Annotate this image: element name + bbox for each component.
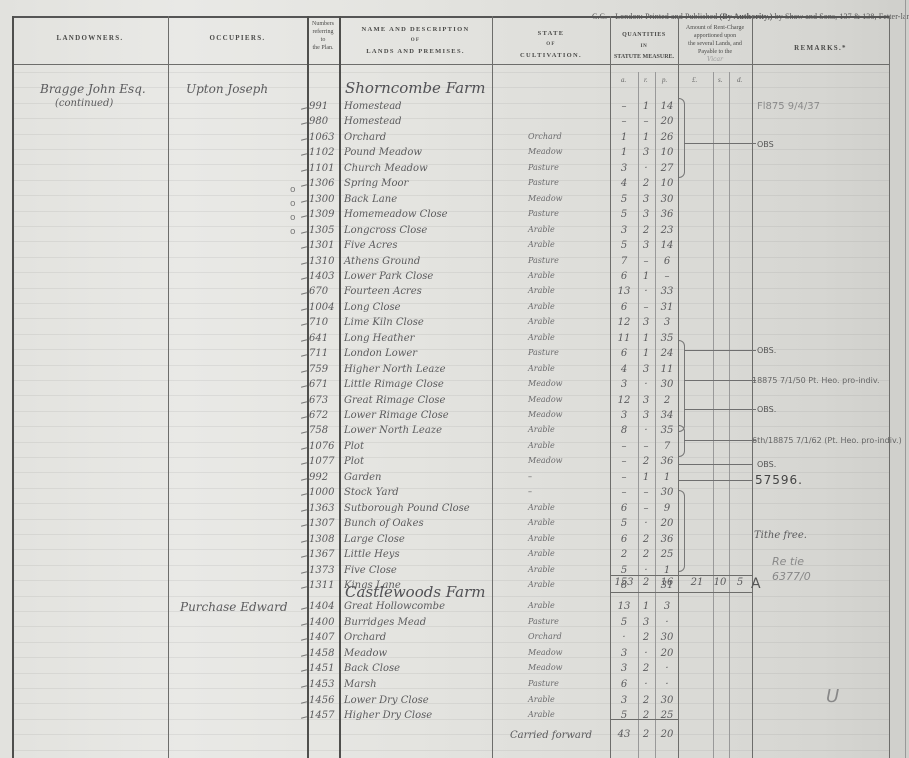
quantity-roods: 3 [637,410,655,421]
cultivation-state: Meadow [528,194,562,203]
cultivation-state: – [528,472,532,481]
header-line: to [307,36,339,44]
quantity-acres: – [613,116,635,127]
carried-rule [610,719,678,720]
quantity-roods: 3 [637,395,655,406]
plan-number: 992 [309,472,328,483]
plan-number: 1308 [309,534,334,545]
cultivation-state: Meadow [528,663,562,672]
plan-number: 641 [309,333,328,344]
obs-label: OBS. [757,405,776,414]
land-name: Plot [344,456,364,467]
quantity-roods: 1 [637,101,655,112]
subtotal-rule-bottom [610,592,752,593]
unit-perches: p. [662,76,667,84]
quantity-perches: 3 [656,601,678,612]
quantity-perches: 20 [656,518,678,529]
header-quantities: QUANTITIES IN STATUTE MEASURE. [610,30,678,63]
cultivation-state: Pasture [528,348,559,357]
quantity-roods: 1 [637,333,655,344]
header-line: Payable to the [678,48,752,56]
cultivation-state: Meadow [528,410,562,419]
number-stamp: 57596. [755,473,803,487]
land-name: Stock Yard [344,487,399,498]
quantity-perches: 6 [656,256,678,267]
circle-mark-icon: o [290,199,296,209]
quantity-acres: 4 [613,364,635,375]
quantity-roods: 1 [637,132,655,143]
quantity-roods: 3 [637,240,655,251]
plan-number: 1404 [309,601,334,612]
land-name: Burridges Mead [344,617,426,628]
ruling-line [12,703,890,704]
land-name: Little Rimage Close [344,379,444,390]
ruling-line [12,211,890,212]
leader-line [684,143,756,144]
ruling-line [12,72,890,73]
quantity-perches: 30 [656,487,678,498]
quantity-perches: 30 [656,695,678,706]
land-name: Spring Moor [344,178,408,189]
quantity-roods: – [637,256,655,267]
quantity-roods: 3 [637,617,655,628]
quantity-perches: 10 [656,178,678,189]
land-name: Five Acres [344,240,398,251]
quantity-acres: 5 [613,565,635,576]
quantity-roods: 3 [637,209,655,220]
quantity-perches: 31 [656,302,678,313]
cultivation-state: Arable [528,271,555,280]
total-roods: 2 [637,577,655,588]
circle-mark-icon: o [290,185,296,195]
carried-roods: 2 [637,729,655,740]
plan-number: 673 [309,395,328,406]
farm-name: Castlewoods Farm [345,583,486,601]
quantity-acres: 3 [613,663,635,674]
pencil-note-3: Re tie [772,555,804,568]
quantity-roods: 1 [637,271,655,282]
quantity-acres: 6 [613,302,635,313]
carried-forward-label: Carried forward [510,730,592,741]
quantity-acres: 7 [613,256,635,267]
obs-label: OBS [757,140,774,149]
pencil-note-1: 18875 7/1/50 Pt. Heo. pro-indiv. [752,376,879,385]
quantity-perches: 1 [656,472,678,483]
plan-number: 1400 [309,617,334,628]
cultivation-state: Pasture [528,209,559,218]
land-name: Meadow [344,648,387,659]
ruling-line [12,488,890,489]
quantity-roods: 2 [637,549,655,560]
cultivation-state: Arable [528,286,555,295]
quantity-perches: 30 [656,632,678,643]
land-name: Sutborough Pound Close [344,503,470,514]
unit-pounds: £. [692,76,697,84]
quantity-roods: 1 [637,348,655,359]
pencil-note-top: Fl875 9/4/37 [757,101,820,112]
quantity-perches: 1 [656,565,678,576]
quantity-roods: – [637,487,655,498]
quantity-roods: – [637,116,655,127]
quantity-roods: 2 [637,663,655,674]
header-line: STATE [492,28,610,39]
ruling-line [12,318,890,319]
quantity-acres: 6 [613,271,635,282]
cultivation-state: Arable [528,695,555,704]
farm-name: Shorncombe Farm [345,79,485,97]
plan-number: 1101 [309,163,334,174]
obs-label: OBS. [757,460,776,469]
quantity-roods: 2 [637,178,655,189]
quantity-roods: · [637,648,655,659]
plan-number: 1305 [309,225,334,236]
land-name: Higher Dry Close [344,710,432,721]
cultivation-state: Arable [528,549,555,558]
quantity-acres: 6 [613,348,635,359]
page-edge [905,0,906,758]
quantity-acres: 4 [613,178,635,189]
land-name: Orchard [344,632,386,643]
plan-number: 1301 [309,240,334,251]
brace [679,340,685,432]
plan-number: 1306 [309,178,334,189]
quantity-perches: · [656,617,678,628]
quantity-perches: 10 [656,147,678,158]
leader-line [684,440,756,441]
quantity-perches: 27 [656,163,678,174]
quantity-acres: 3 [613,410,635,421]
plan-number: 991 [309,101,328,112]
header-remarks: REMARKS.* [752,43,889,54]
land-name: Long Close [344,302,401,313]
header-line: OF [339,35,492,46]
cultivation-state: Arable [528,302,555,311]
land-name: Large Close [344,534,405,545]
quantity-acres: 3 [613,648,635,659]
plan-number: 1373 [309,565,334,576]
header-line: QUANTITIES [610,30,678,41]
quantity-perches: 20 [656,648,678,659]
quantity-acres: 3 [613,695,635,706]
cultivation-state: Arable [528,580,555,589]
letter-a-mark: A [751,576,761,592]
quantity-acres: · [613,632,635,643]
plan-number: 1367 [309,549,334,560]
header-rent-charge: Amount of Rent-Charge apportioned upon t… [678,24,752,64]
cultivation-state: Pasture [528,178,559,187]
quantity-roods: 2 [637,534,655,545]
cultivation-state: Meadow [528,648,562,657]
brace [679,490,685,572]
landowner-note: (continued) [55,98,113,109]
cultivation-state: Meadow [528,395,562,404]
land-name: Church Meadow [344,163,428,174]
ruling-line [12,626,890,627]
quantity-roods: 3 [637,364,655,375]
occupier-name: Upton Joseph [186,82,268,96]
right-border [889,16,890,758]
quantity-acres: 11 [613,333,635,344]
plan-number: 1453 [309,679,334,690]
quantity-acres: 3 [613,225,635,236]
ruling-line [12,134,890,135]
quantity-roods: · [637,425,655,436]
quantity-roods: – [637,503,655,514]
ruling-line [12,734,890,735]
plan-number: 1311 [309,580,334,591]
check-mark: U [826,686,839,707]
unit-shillings: s. [718,76,722,84]
cultivation-state: Arable [528,503,555,512]
ruling-line [12,241,890,242]
quantity-acres: – [613,472,635,483]
ruling-line [12,673,890,674]
quantity-roods: 1 [637,472,655,483]
cultivation-state: Arable [528,710,555,719]
ruling-line [12,195,890,196]
header-line: NAME AND DESCRIPTION [339,24,492,35]
cultivation-state: Pasture [528,617,559,626]
cultivation-state: Meadow [528,147,562,156]
header-bottom-border [12,64,890,65]
pencil-note-2: 6th/18875 7/1/62 (Pt. Heo. pro-indiv.) [752,436,902,445]
ruling-line [12,288,890,289]
header-line: Amount of Rent-Charge [678,24,752,32]
header-line: Numbers [307,20,339,28]
quantity-acres: 8 [613,425,635,436]
unit-acres: a. [621,76,626,84]
quantity-acres: 3 [613,163,635,174]
header-line: LANDS AND PREMISES. [339,46,492,57]
quantity-acres: 5 [613,617,635,628]
cultivation-state: Arable [528,565,555,574]
ruling-line [12,226,890,227]
header-line: CULTIVATION. [492,50,610,61]
land-name: Pound Meadow [344,147,422,158]
quantity-perches: 33 [656,286,678,297]
quantity-acres: 12 [613,317,635,328]
col-sep-quantities [610,16,611,758]
quantity-acres: 3 [613,379,635,390]
circle-mark-icon: o [290,213,296,223]
quantity-perches: 35 [656,333,678,344]
total-pounds: 21 [684,577,710,588]
col-sep-shillings [713,72,714,758]
col-sep-name [339,16,341,758]
land-name: Back Lane [344,194,397,205]
quantity-perches: 2 [656,395,678,406]
header-state-cultivation: STATE OF CULTIVATION. [492,28,610,61]
cultivation-state: Arable [528,225,555,234]
cultivation-state: Meadow [528,456,562,465]
quantity-roods: · [637,679,655,690]
tithe-apportionment-page: C.C.—London: Printed and Published (By A… [0,0,909,758]
quantity-roods: · [637,518,655,529]
plan-number: 1077 [309,456,334,467]
quantity-roods: 2 [637,456,655,467]
quantity-roods: · [637,286,655,297]
ruling-line [12,395,890,396]
plan-number: 1307 [309,518,334,529]
header-line: the Plan. [307,44,339,52]
table-top-border [12,16,890,18]
cultivation-state: Pasture [528,679,559,688]
plan-number: 1076 [309,441,334,452]
quantity-roods: · [637,565,655,576]
cultivation-state: Arable [528,518,555,527]
header-line: referring [307,28,339,36]
quantity-perches: 20 [656,116,678,127]
quantity-roods: · [637,163,655,174]
quantity-perches: 7 [656,441,678,452]
quantity-roods: 2 [637,695,655,706]
plan-number: 1457 [309,710,334,721]
plan-number: 672 [309,410,328,421]
quantity-acres: 5 [613,518,635,529]
quantity-perches: 35 [656,425,678,436]
plan-number: 1102 [309,147,334,158]
plan-number: 1451 [309,663,334,674]
quantity-roods: 2 [637,632,655,643]
header-line: OF [492,39,610,50]
header-name-description: NAME AND DESCRIPTION OF LANDS AND PREMIS… [339,24,492,57]
quantity-perches: 34 [656,410,678,421]
plan-number: 1363 [309,503,334,514]
land-name: Lime Kiln Close [344,317,424,328]
ruling-line [12,149,890,150]
quantity-acres: 1 [613,147,635,158]
brace [679,425,685,457]
col-sep-remarks [752,16,753,758]
col-sep-pence [729,72,730,758]
quantity-acres: 12 [613,395,635,406]
cultivation-state: Arable [528,240,555,249]
quantity-roods: 3 [637,147,655,158]
plan-number: 1300 [309,194,334,205]
quantity-perches: 14 [656,101,678,112]
header-plan-numbers: Numbers referring to the Plan. [307,20,339,52]
quantity-acres: – [613,456,635,467]
quantity-perches: · [656,663,678,674]
leader-line [684,350,756,351]
total-acres: 153 [612,577,636,588]
plan-number: 1456 [309,695,334,706]
ruling-line [12,565,890,566]
total-pence: 5 [730,577,750,588]
quantity-roods: 1 [637,601,655,612]
left-border [12,16,14,758]
quantity-perches: 30 [656,194,678,205]
quantity-perches: 36 [656,456,678,467]
ruling-line [12,657,890,658]
quantity-acres: 6 [613,679,635,690]
quantity-perches: 36 [656,209,678,220]
leader-line [684,380,756,381]
header-landowners: LANDOWNERS. [12,33,168,44]
quantity-perches: 25 [656,549,678,560]
quantity-acres: 2 [613,549,635,560]
col-sep-occupiers [168,16,169,758]
quantity-perches: 24 [656,348,678,359]
pencil-note-4: 6377/0 [772,570,811,583]
plan-number: 1403 [309,271,334,282]
quantity-roods: 3 [637,194,655,205]
total-perches: 16 [656,577,678,588]
header-line: IN [610,41,678,52]
ruling-line [12,180,890,181]
cultivation-state: Arable [528,601,555,610]
quantity-roods: 3 [637,317,655,328]
quantity-acres: – [613,441,635,452]
unit-pence: d. [737,76,742,84]
quantity-acres: – [613,101,635,112]
quantity-perches: 36 [656,534,678,545]
ruling-line [12,164,890,165]
land-name: Great Rimage Close [344,395,445,406]
land-name: Great Hollowcombe [344,601,445,612]
land-name: Higher North Leaze [344,364,446,375]
col-sep-state [492,16,493,758]
quantity-perches: · [656,679,678,690]
quantity-acres: 5 [613,194,635,205]
cultivation-state: Arable [528,333,555,342]
quantity-acres: 6 [613,503,635,514]
quantity-acres: 5 [613,209,635,220]
subtotal-rule [610,575,752,576]
landowner-name: Bragge John Esq. [40,82,146,96]
ruling-line [12,642,890,643]
ruling-line [12,611,890,612]
plan-number: 1458 [309,648,334,659]
ruling-line [12,750,890,751]
plan-number: 670 [309,286,328,297]
cultivation-state: Meadow [528,379,562,388]
quantity-acres: 5 [613,240,635,251]
land-name: Homestead [344,116,402,127]
ruling-line [12,365,890,366]
cultivation-state: Arable [528,441,555,450]
leader-line [678,464,752,465]
quantity-perches: 30 [656,379,678,390]
land-name: Lower Rimage Close [344,410,449,421]
plan-number: 1407 [309,632,334,643]
ruling-line [12,457,890,458]
plan-number: 980 [309,116,328,127]
cultivation-state: – [528,487,532,496]
quantity-perches: 26 [656,132,678,143]
total-shillings: 10 [711,577,729,588]
quantity-roods: 2 [637,225,655,236]
cultivation-state: Orchard [528,132,562,141]
land-name: Homemeadow Close [344,209,448,220]
land-name: Orchard [344,132,386,143]
cultivation-state: Pasture [528,163,559,172]
quantity-acres: 13 [613,601,635,612]
land-name: Little Heys [344,549,400,560]
carried-acres: 43 [612,729,636,740]
plan-number: 711 [309,348,328,359]
quantity-perches: 3 [656,317,678,328]
plan-number: 1004 [309,302,334,313]
land-name: Long Heather [344,333,414,344]
land-name: Five Close [344,565,397,576]
quantity-perches: 23 [656,225,678,236]
leader-line [678,480,752,481]
land-name: Marsh [344,679,377,690]
header-occupiers: OCCUPIERS. [168,33,307,44]
land-name: Plot [344,441,364,452]
plan-number: 1063 [309,132,334,143]
